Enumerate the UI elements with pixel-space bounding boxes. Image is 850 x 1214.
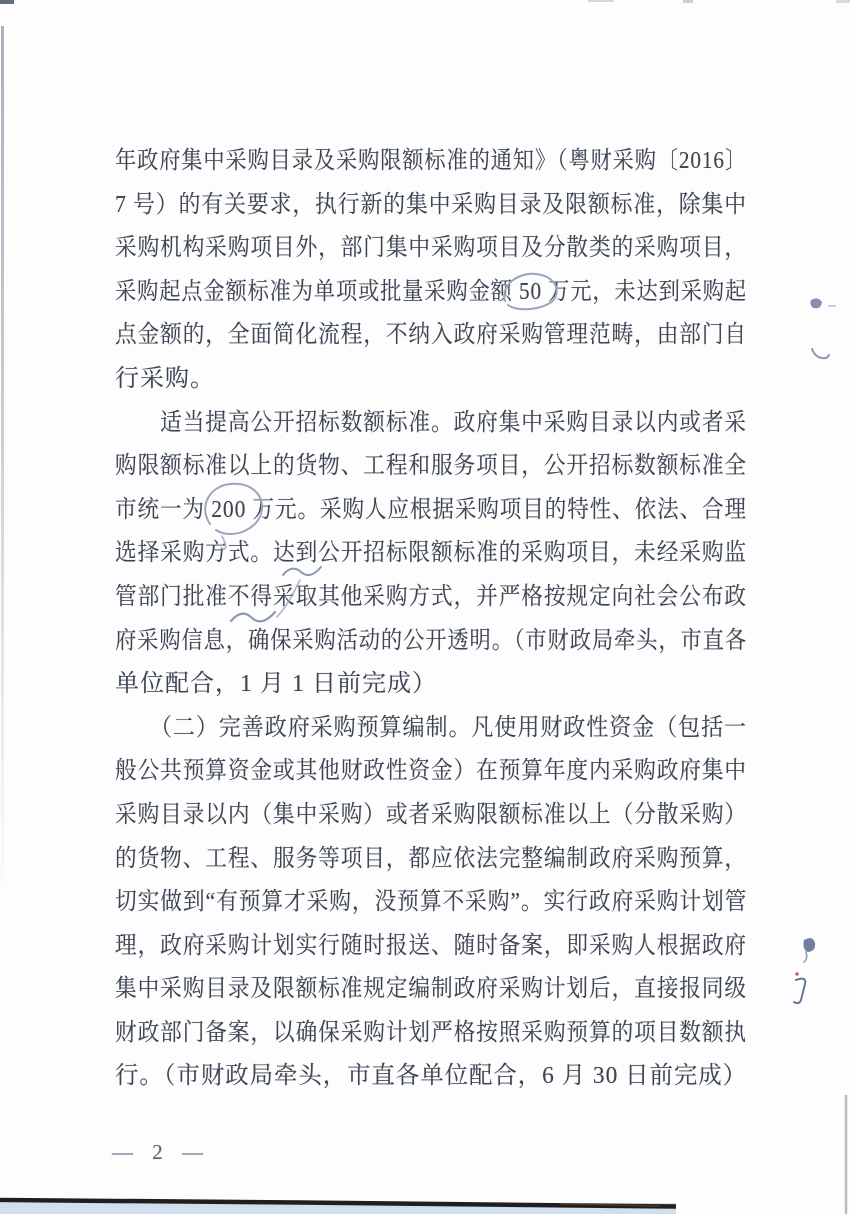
scan-corner-mark xyxy=(0,0,14,4)
text-line: 购限额标准以上的货物、工程和服务项目，公开招标数额标准全 xyxy=(115,445,747,489)
scan-bottom-edge-line xyxy=(0,1200,676,1207)
text-line-content: 点金额的，全面简化流程，不纳入政府采购管理范畴，由部门自 xyxy=(115,314,747,358)
scan-top-mark xyxy=(588,0,614,2)
margin-mark-2 xyxy=(812,349,829,358)
scan-top-mark xyxy=(683,0,693,3)
text-line: 采购目录以内（集中采购）或者采购限额标准以上（分散采购） xyxy=(115,794,747,838)
scan-top-mark xyxy=(836,0,850,3)
page-number: — 2 — xyxy=(112,1140,210,1165)
text-line: 行采购。 xyxy=(115,358,747,402)
text-line: 的货物、工程、服务等项目，都应依法完整编制政府采购预算， xyxy=(115,838,747,882)
text-line-content: 集中采购目录及限额标准规定编制政府采购计划后，直接报同级 xyxy=(115,968,747,1012)
text-line: 采购起点金额标准为单项或批量采购金额 50 万元，未达到采购起 xyxy=(115,271,747,315)
text-line-content: 财政部门备案，以确保采购计划严格按照采购预算的项目数额执 xyxy=(115,1012,747,1056)
margin-mark-1 xyxy=(810,298,822,308)
text-line-content: 的货物、工程、服务等项目，都应依法完整编制政府采购预算， xyxy=(115,838,747,882)
scan-left-edge-line xyxy=(1,26,4,906)
text-line: 行。（市财政局牵头，市直各单位配合，6 月 30 日前完成） xyxy=(115,1055,747,1099)
margin-mark-4 xyxy=(794,979,805,1003)
text-line-content: 采购起点金额标准为单项或批量采购金额 50 万元，未达到采购起 xyxy=(115,271,747,315)
text-line: 切实做到“有预算才采购，没预算不采购”。实行政府采购计划管 xyxy=(115,881,747,925)
text-line-content: 单位配合，1 月 1 日前完成） xyxy=(115,663,437,707)
text-line-content: 行。（市财政局牵头，市直各单位配合，6 月 30 日前完成） xyxy=(115,1055,747,1099)
text-line-content: 采购目录以内（集中采购）或者采购限额标准以上（分散采购） xyxy=(115,794,747,838)
text-line: 7 号）的有关要求，执行新的集中采购目录及限额标准，除集中 xyxy=(115,184,747,228)
text-line: 管部门批准不得采取其他采购方式，并严格按规定向社会公布政 xyxy=(115,576,747,620)
text-line-content: 理，政府采购计划实行随时报送、随时备案，即采购人根据政府 xyxy=(115,925,747,969)
text-line-content: 切实做到“有预算才采购，没预算不采购”。实行政府采购计划管 xyxy=(115,881,747,925)
text-line: 财政部门备案，以确保采购计划严格按照采购预算的项目数额执 xyxy=(115,1012,747,1056)
text-line: 理，政府采购计划实行随时报送、随时备案，即采购人根据政府 xyxy=(115,925,747,969)
text-line-content: 般公共预算资金或其他财政性资金）在预算年度内采购政府集中 xyxy=(115,750,747,794)
text-line-content: 选择采购方式。达到公开招标限额标准的采购项目，未经采购监 xyxy=(115,532,747,576)
text-line-content: 采购机构采购项目外，部门集中采购项目及分散类的采购项目， xyxy=(115,227,747,271)
text-line: 适当提高公开招标数额标准。政府集中采购目录以内或者采 xyxy=(115,402,747,446)
text-line-content: 年政府集中采购目录及采购限额标准的通知》（粤财采购〔2016〕 xyxy=(115,140,747,184)
text-line: 年政府集中采购目录及采购限额标准的通知》（粤财采购〔2016〕 xyxy=(115,140,747,184)
text-line: （二）完善政府采购预算编制。凡使用财政性资金（包括一 xyxy=(115,707,747,751)
text-line: 采购机构采购项目外，部门集中采购项目及分散类的采购项目， xyxy=(115,227,747,271)
text-line-content: 管部门批准不得采取其他采购方式，并严格按规定向社会公布政 xyxy=(115,576,747,620)
text-line: 般公共预算资金或其他财政性资金）在预算年度内采购政府集中 xyxy=(115,750,747,794)
scanned-page: 年政府集中采购目录及采购限额标准的通知》（粤财采购〔2016〕7 号）的有关要求… xyxy=(0,0,850,1214)
scan-bottom-strip xyxy=(0,1203,676,1214)
text-line: 单位配合，1 月 1 日前完成） xyxy=(115,663,747,707)
text-line-content: 购限额标准以上的货物、工程和服务项目，公开招标数额标准全 xyxy=(115,445,747,489)
text-line: 选择采购方式。达到公开招标限额标准的采购项目，未经采购监 xyxy=(115,532,747,576)
text-line-content: （二）完善政府采购预算编制。凡使用财政性资金（包括一 xyxy=(115,707,747,751)
text-line-content: 适当提高公开招标数额标准。政府集中采购目录以内或者采 xyxy=(115,402,747,446)
text-line: 市统一为 200 万元。采购人应根据采购项目的特性、依法、合理 xyxy=(115,489,747,533)
scan-bottom-edge-tint xyxy=(560,1204,660,1206)
document-body: 年政府集中采购目录及采购限额标准的通知》（粤财采购〔2016〕7 号）的有关要求… xyxy=(115,140,747,1099)
text-line: 集中采购目录及限额标准规定编制政府采购计划后，直接报同级 xyxy=(115,968,747,1012)
text-line-content: 府采购信息，确保采购活动的公开透明。（市财政局牵头，市直各 xyxy=(115,620,747,664)
text-line-content: 行采购。 xyxy=(115,358,215,402)
margin-mark-3-tail xyxy=(804,952,807,962)
text-line-content: 7 号）的有关要求，执行新的集中采购目录及限额标准，除集中 xyxy=(115,184,747,228)
margin-mark-3 xyxy=(804,938,816,952)
margin-mark-4-dot xyxy=(795,972,798,975)
text-line: 点金额的，全面简化流程，不纳入政府采购管理范畴，由部门自 xyxy=(115,314,747,358)
text-line-content: 市统一为 200 万元。采购人应根据采购项目的特性、依法、合理 xyxy=(115,489,747,533)
text-line: 府采购信息，确保采购活动的公开透明。（市财政局牵头，市直各 xyxy=(115,620,747,664)
